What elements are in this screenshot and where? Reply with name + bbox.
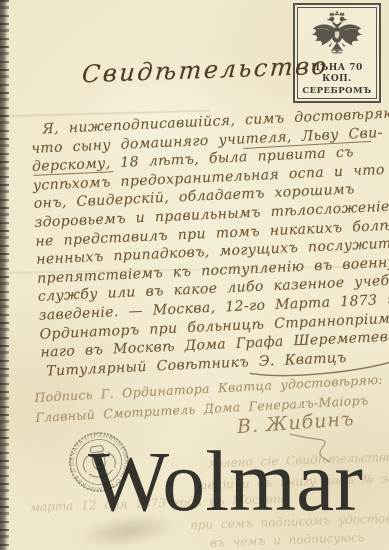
torn-paper-edge	[0, 0, 9, 550]
stamp-currency-text: СЕРЕБРОМЪ	[302, 86, 371, 97]
faint-note: въ чемъ и подписуюсь	[210, 530, 365, 549]
scanned-document-page: ЦѢНА 70 КОП. СЕРЕБРОМЪ Свидѣтельство Я, …	[0, 0, 389, 550]
handwritten-body: Я, нижеподписавшійся, симъ достовѣряю, ч…	[30, 102, 389, 381]
wolmar-watermark: Wolmar	[88, 438, 363, 524]
